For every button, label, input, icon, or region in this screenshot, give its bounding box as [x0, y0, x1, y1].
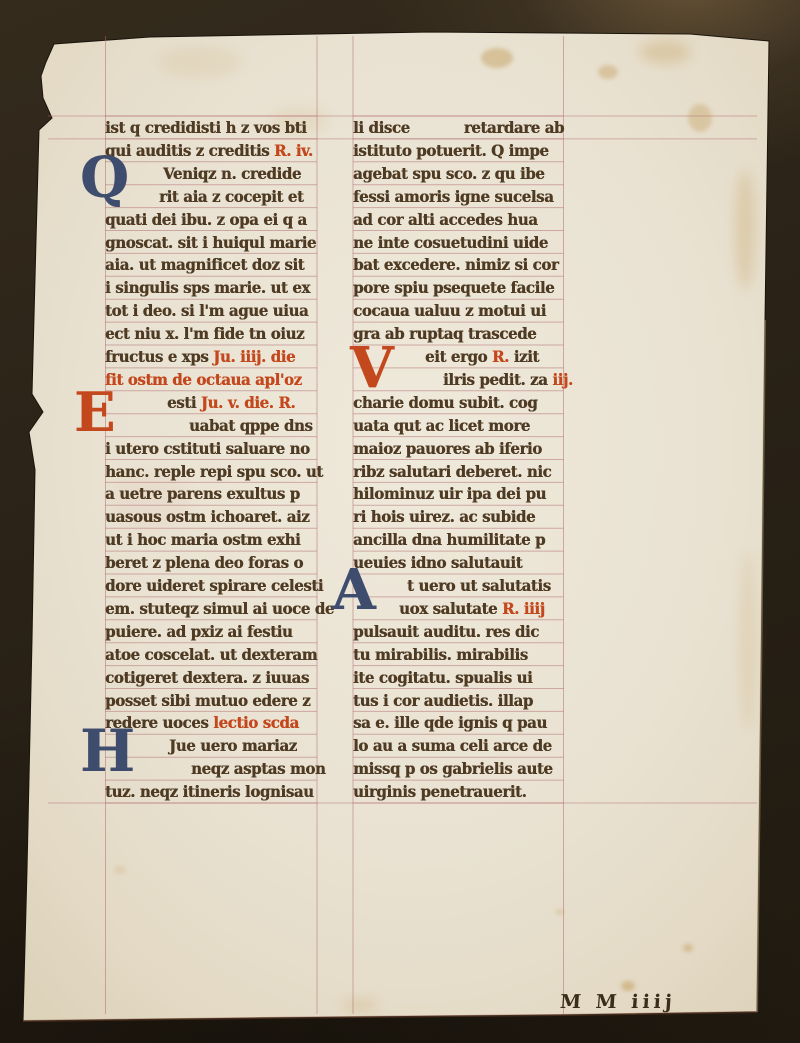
text-line: ueuies idno salutauit: [353, 551, 564, 575]
text-segment-ink: fessi amoris igne sucelsa: [353, 187, 553, 206]
text-line: em. stuteqz simul ai uoce de: [105, 597, 317, 621]
text-segment-ink: uata qut ac licet more: [353, 416, 530, 435]
text-line: bat excedere. nimiz si cor: [353, 253, 564, 277]
text-line: uasous ostm ichoaret. aiz: [105, 505, 317, 529]
text-segment-ink: eit ergo: [425, 347, 492, 366]
text-line: aia. ut magnificet doz sit: [105, 253, 317, 277]
text-segment-ink: pulsauit auditu. res dic: [353, 622, 539, 641]
text-line: t uero ut salutatis: [407, 574, 564, 598]
text-line: fructus e xps Ju. iiij. die: [105, 345, 317, 369]
text-line: ist q credidisti h z vos bti: [105, 116, 317, 140]
text-segment-ink: missq p os gabrielis aute: [353, 759, 553, 778]
text-segment-red: Ju. v. die. R.: [201, 393, 295, 412]
text-line: uirginis penetrauerit.: [353, 780, 564, 804]
text-segment-ink: li disce: [353, 116, 410, 140]
text-line: ilris pedit. za iij.: [443, 368, 564, 392]
text-segment-red: iij.: [552, 370, 572, 389]
text-line: fessi amoris igne sucelsa: [353, 185, 564, 209]
text-segment-ink: i singulis sps marie. ut ex: [105, 278, 310, 297]
text-segment-ink: ut i hoc maria ostm exhi: [105, 530, 300, 549]
manuscript-photo: ist q credidisti h z vos btiqui auditis …: [0, 0, 800, 1043]
text-segment-ink: maioz pauores ab iferio: [353, 439, 542, 458]
text-line: dore uideret spirare celesti: [105, 574, 317, 598]
text-line: hilominuz uir ipa dei pu: [353, 482, 564, 506]
text-segment-ink: em. stuteqz simul ai uoce de: [105, 599, 334, 618]
text-line: neqz asptas mon: [191, 757, 317, 781]
text-segment-ink: atoe coscelat. ut dexteram: [105, 645, 317, 664]
text-line: ite cogitatu. spualis ui: [353, 666, 564, 690]
text-line: puiere. ad pxiz ai festiu: [105, 620, 317, 644]
text-segment-red: R.: [492, 347, 514, 366]
text-segment-ink: t uero ut salutatis: [407, 576, 551, 595]
text-line: esti Ju. v. die. R.: [167, 391, 317, 415]
text-segment-ink: puiere. ad pxiz ai festiu: [105, 622, 292, 641]
text-segment-ink: ad cor alti accedes hua: [353, 210, 538, 229]
text-segment-ink: ilris pedit. za: [443, 370, 552, 389]
drop-cap-a: A: [332, 568, 375, 614]
text-segment-ink: aia. ut magnificet doz sit: [105, 256, 304, 275]
text-segment-ink: ribz salutari deberet. nic: [353, 462, 551, 481]
text-line: gnoscat. sit i huiqul marie: [105, 231, 317, 255]
text-segment-ink: dore uideret spirare celesti: [105, 576, 323, 595]
text-segment-ink: tot i deo. si l'm ague uiua: [105, 301, 308, 320]
text-segment-red: R. iv.: [274, 141, 313, 160]
text-segment-ink: Veniqz n. credide: [163, 164, 301, 183]
text-segment-ink: istituto potuerit. Q impe: [353, 141, 549, 160]
text-segment-ink: posset sibi mutuo edere z: [105, 691, 310, 710]
text-line: ect niu x. l'm fide tn oiuz: [105, 322, 317, 346]
text-line: maioz pauores ab iferio: [353, 437, 564, 461]
text-line: tus i cor audietis. illap: [353, 689, 564, 713]
text-line: li disceretardare ab: [353, 116, 564, 140]
text-segment-red: fit ostm de octaua apl'oz: [105, 370, 302, 389]
text-segment-ink: ne inte cosuetudini uide: [353, 233, 548, 252]
text-segment-ink: cotigeret dextera. z iuuas: [105, 668, 309, 687]
text-segment-ink: a uetre parens exultus p: [105, 485, 300, 504]
text-segment-red: Ju. iiij. die: [213, 347, 295, 366]
text-line: a uetre parens exultus p: [105, 482, 317, 506]
text-line: uox salutate R. iiij: [399, 597, 564, 621]
text-line: tot i deo. si l'm ague uiua: [105, 299, 317, 323]
text-line: cotigeret dextera. z iuuas: [105, 666, 317, 690]
drop-cap-q: Q: [80, 156, 129, 202]
text-line: fit ostm de octaua apl'oz: [105, 368, 317, 392]
text-line: redere uoces lectio scda: [105, 711, 317, 735]
text-line: agebat spu sco. z qu ibe: [353, 162, 564, 186]
text-segment-ink: uasous ostm ichoaret. aiz: [105, 507, 309, 526]
text-segment-ink: pore spiu psequete facile: [353, 278, 554, 297]
drop-cap-e: E: [74, 390, 115, 434]
text-segment-ink: izit: [514, 347, 539, 366]
text-line: hanc. reple repi spu sco. ut: [105, 460, 317, 484]
text-segment-ink: Jue uero mariaz: [169, 736, 297, 755]
quire-inscription: M M iiij: [559, 991, 676, 1013]
text-segment-ink: tu mirabilis. mirabilis: [353, 645, 528, 664]
text-segment-ink: ect niu x. l'm fide tn oiuz: [105, 324, 304, 343]
text-segment-ink: uox salutate: [399, 599, 502, 618]
text-line: Veniqz n. credide: [163, 162, 317, 186]
text-line: rit aia z cocepit et: [159, 185, 317, 209]
text-segment-ink: ancilla dna humilitate p: [353, 530, 545, 549]
text-line: tuz. neqz itineris lognisau: [105, 780, 317, 804]
text-segment-ink: agebat spu sco. z qu ibe: [353, 164, 544, 183]
text-segment-ink: ueuies idno salutauit: [353, 553, 522, 572]
text-line: sa e. ille qde ignis q pau: [353, 711, 564, 735]
text-line: i utero cstituti saluare no: [105, 437, 317, 461]
text-segment-ink: quati dei ibu. z opa ei q a: [105, 210, 307, 229]
text-segment-ink: ist q credidisti h z vos bti: [105, 118, 306, 137]
text-segment-ink: hanc. reple repi spu sco. ut: [105, 462, 323, 481]
text-segment-ink: tus i cor audietis. illap: [353, 691, 533, 710]
text-segment-ink: cocaua ualuu z motui ui: [353, 301, 546, 320]
text-segment-ink: i utero cstituti saluare no: [105, 439, 310, 458]
text-line: pore spiu psequete facile: [353, 276, 564, 300]
text-segment-ink: tuz. neqz itineris lognisau: [105, 782, 314, 801]
text-line: missq p os gabrielis aute: [353, 757, 564, 781]
text-line: ribz salutari deberet. nic: [353, 460, 564, 484]
text-line: cocaua ualuu z motui ui: [353, 299, 564, 323]
drop-cap-v: V: [350, 346, 393, 392]
text-segment-ink: bat excedere. nimiz si cor: [353, 256, 558, 275]
text-segment-ink: neqz asptas mon: [191, 759, 325, 778]
text-line: istituto potuerit. Q impe: [353, 139, 564, 163]
text-segment-ink: lo au a suma celi arce de: [353, 736, 552, 755]
text-line: lo au a suma celi arce de: [353, 734, 564, 758]
text-segment-ink: uirginis penetrauerit.: [353, 782, 526, 801]
text-segment-ink: uabat qppe dns: [189, 416, 312, 435]
text-segment-ink: beret z plena deo foras o: [105, 553, 303, 572]
text-line: Jue uero mariaz: [169, 734, 317, 758]
text-line: uabat qppe dns: [189, 414, 317, 438]
text-segment-ink: fructus e xps: [105, 347, 213, 366]
text-segment-ink: ri hois uirez. ac subide: [353, 507, 535, 526]
text-segment-ink: gnoscat. sit i huiqul marie: [105, 233, 316, 252]
text-line: qui auditis z creditis R. iv.: [105, 139, 317, 163]
text-segment-ink: rit aia z cocepit et: [159, 187, 303, 206]
text-segment-ink: ite cogitatu. spualis ui: [353, 668, 532, 687]
text-line: ad cor alti accedes hua: [353, 208, 564, 232]
text-segment-ink: retardare ab: [464, 116, 564, 140]
text-segment-ink: qui auditis z creditis: [105, 141, 274, 160]
text-line: beret z plena deo foras o: [105, 551, 317, 575]
text-segment-ink: esti: [167, 393, 201, 412]
text-line: uata qut ac licet more: [353, 414, 564, 438]
text-segment-ink: hilominuz uir ipa dei pu: [353, 485, 546, 504]
text-line: ne inte cosuetudini uide: [353, 231, 564, 255]
text-line: i singulis sps marie. ut ex: [105, 276, 317, 300]
text-line: tu mirabilis. mirabilis: [353, 643, 564, 667]
text-line: atoe coscelat. ut dexteram: [105, 643, 317, 667]
text-line: quati dei ibu. z opa ei q a: [105, 208, 317, 232]
text-line: eit ergo R. izit: [425, 345, 564, 369]
text-line: ancilla dna humilitate p: [353, 528, 564, 552]
text-segment-red: R. iiij: [502, 599, 545, 618]
text-line: ut i hoc maria ostm exhi: [105, 528, 317, 552]
text-segment-ink: sa e. ille qde ignis q pau: [353, 714, 547, 733]
text-line: pulsauit auditu. res dic: [353, 620, 564, 644]
drop-cap-h: H: [80, 728, 135, 776]
text-line: ri hois uirez. ac subide: [353, 505, 564, 529]
text-segment-red: lectio scda: [213, 714, 299, 733]
text-block: ist q credidisti h z vos btiqui auditis …: [0, 0, 800, 1043]
text-line: posset sibi mutuo edere z: [105, 689, 317, 713]
